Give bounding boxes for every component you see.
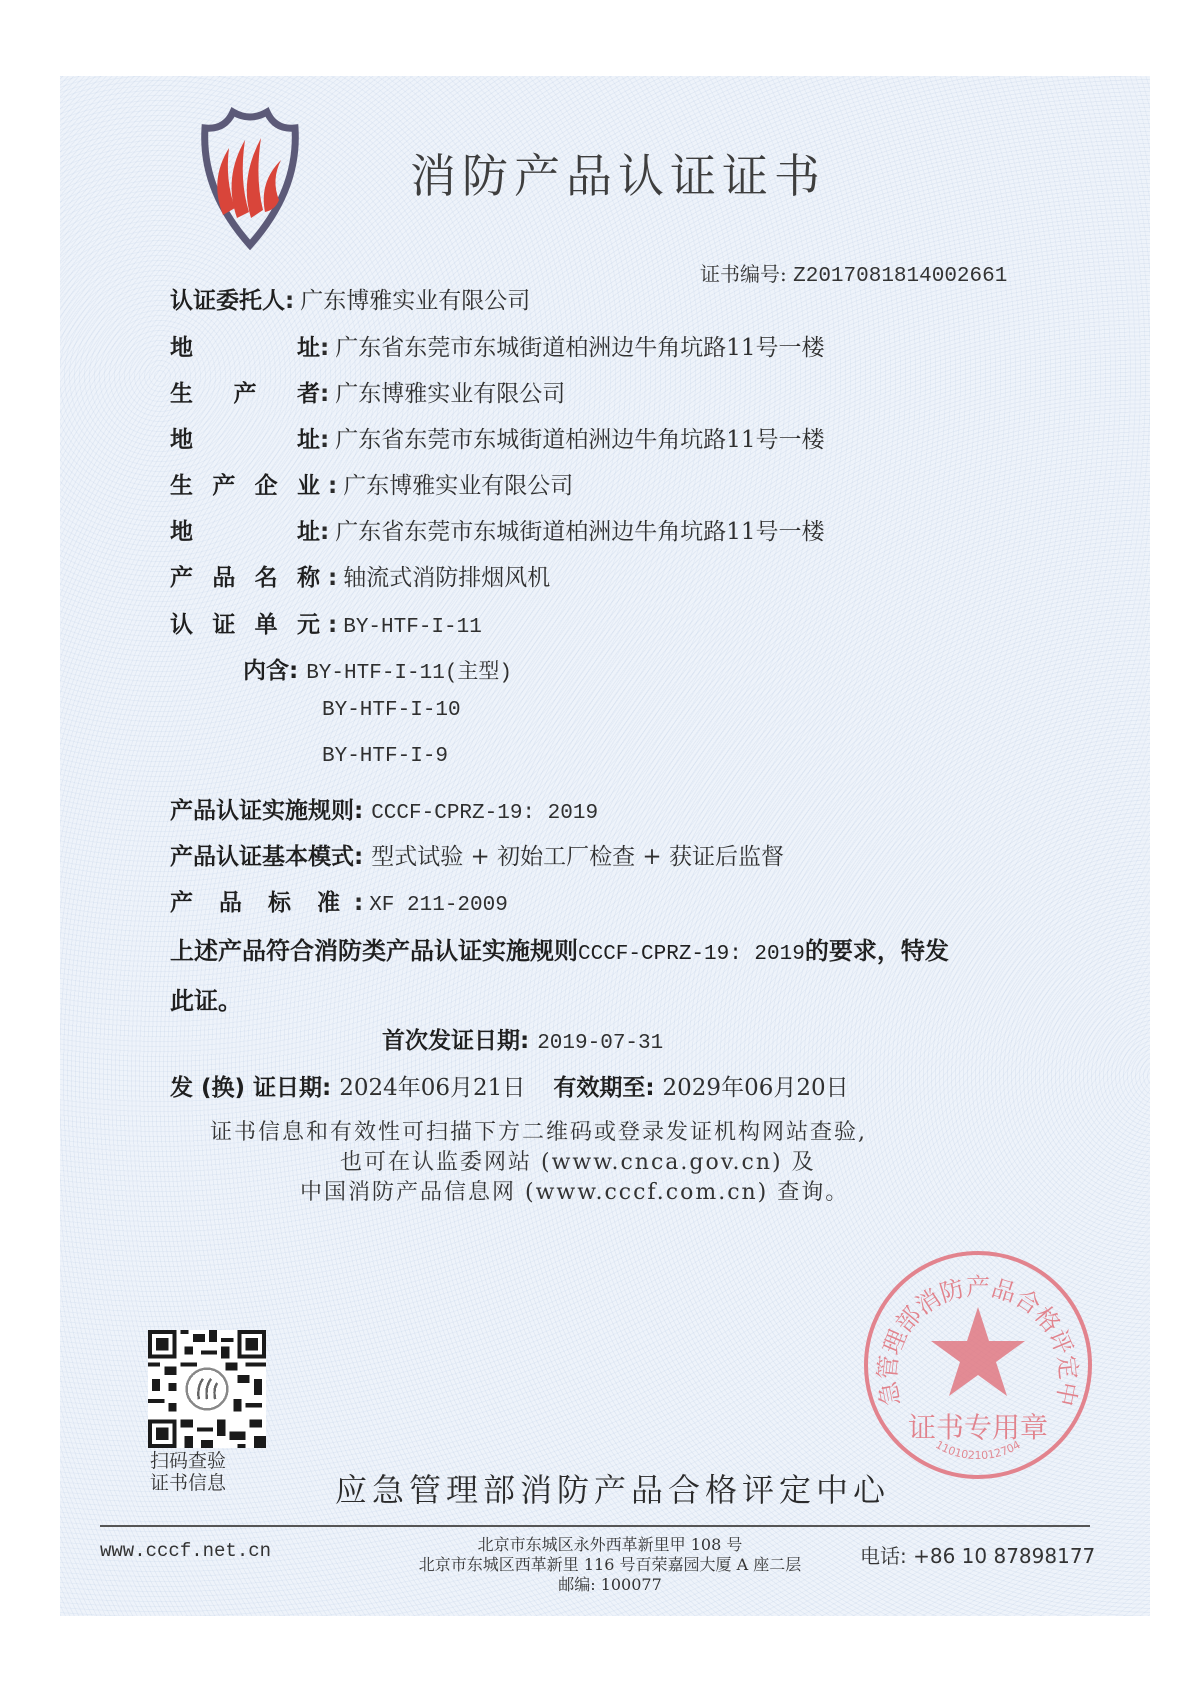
field-label: 地址 [170, 329, 320, 362]
field-factory: 生产企业 : 广东博雅实业有限公司 [170, 467, 573, 500]
footer-address: 北京市东城区永外西革新里甲 108 号 北京市东城区西革新里 116 号百荣嘉园… [360, 1535, 860, 1595]
field-rules: 产品认证实施规则: CCCF-CPRZ-19: 2019 [170, 792, 598, 825]
field-label: 产品名称 [170, 559, 320, 592]
valid-value: 2029年06月20日 [663, 1069, 849, 1102]
field-manufacturer: 生产者: 广东博雅实业有限公司 [170, 375, 565, 408]
field-manufacturer-address: 地址: 广东省东莞市东城街道柏洲边牛角坑路11号一楼 [170, 421, 824, 454]
rules-value: CCCF-CPRZ-19: 2019 [371, 802, 598, 825]
colon: : [320, 427, 329, 453]
model-item: BY-HTF-I-10 [322, 699, 461, 722]
statement-text: 的要求，特发 [805, 937, 949, 965]
issue-value: 2024年06月21日 [339, 1069, 525, 1102]
rules-label: 产品认证实施规则: [170, 792, 363, 825]
field-label: 生产者 [170, 375, 320, 408]
field-value: 广东博雅实业有限公司 [335, 375, 565, 408]
qr-caption: 扫码查验 证书信息 [150, 1450, 226, 1494]
seal-ring-text: 应急管理部消防产品合格评定中心 [858, 1245, 1083, 1408]
compliance-statement: 上述产品符合消防类产品认证实施规则CCCF-CPRZ-19: 2019的要求，特… [170, 928, 1020, 1024]
verification-line-3: 中国消防产品信息网 (www.cccf.com.cn) 查询。 [300, 1175, 849, 1206]
field-applicant: 认证委托人: 广东博雅实业有限公司 [170, 282, 530, 315]
issue-dates: 发 (换) 证日期: 2024年06月21日 有效期至: 2029年06月20日 [170, 1069, 849, 1102]
field-factory-address: 地址: 广东省东莞市东城街道柏洲边牛角坑路11号一楼 [170, 513, 824, 546]
footer-divider [100, 1525, 1090, 1527]
colon: : [320, 473, 337, 499]
field-value: 轴流式消防排烟风机 [343, 559, 550, 592]
field-value: 广东省东莞市东城街道柏洲边牛角坑路11号一楼 [335, 421, 824, 454]
certificate-number: 证书编号: Z2017081814002661 [700, 258, 1007, 288]
model-row: BY-HTF-I-10 [322, 699, 461, 722]
colon: : [320, 612, 337, 638]
field-value: 广东省东莞市东城街道柏洲边牛角坑路11号一楼 [335, 329, 824, 362]
field-label: 产品标准 [170, 884, 340, 917]
field-value: 广东省东莞市东城街道柏洲边牛角坑路11号一楼 [335, 513, 824, 546]
colon: : [320, 335, 329, 361]
statement-text: 此证。 [170, 987, 242, 1015]
field-cert-unit: 认证单元 : BY-HTF-I-11 [170, 606, 482, 639]
field-standard: 产品标准: XF 211-2009 [170, 884, 508, 917]
colon: : [320, 519, 329, 545]
footer-phone: 电话: +86 10 87898177 [860, 1540, 1095, 1569]
footer-website[interactable]: www.cccf.net.cn [100, 1540, 271, 1562]
field-label: 生产企业 [170, 467, 320, 500]
colon: : [320, 565, 337, 591]
certificate-number-label: 证书编号: [700, 262, 787, 286]
first-issue-date: 首次发证日期: 2019-07-31 [382, 1022, 663, 1055]
standard-value: XF 211-2009 [369, 894, 508, 917]
verification-line-2: 也可在认监委网站 (www.cnca.gov.cn) 及 [340, 1145, 816, 1176]
issuer-name: 应急管理部消防产品合格评定中心 [335, 1465, 890, 1511]
colon: : [285, 288, 294, 314]
field-value: 广东博雅实业有限公司 [300, 282, 530, 315]
first-issue-value: 2019-07-31 [537, 1032, 663, 1055]
field-label: 地址 [170, 513, 320, 546]
field-mode: 产品认证基本模式: 型式试验 + 初始工厂检查 + 获证后监督 [170, 838, 784, 871]
first-issue-label: 首次发证日期: [382, 1022, 529, 1055]
footer-address-line: 北京市东城区永外西革新里甲 108 号 [360, 1535, 860, 1555]
mode-value: 型式试验 + 初始工厂检查 + 获证后监督 [371, 838, 784, 871]
qr-caption-line: 证书信息 [150, 1472, 226, 1494]
star-icon [931, 1307, 1025, 1396]
statement-code: CCCF-CPRZ-19: 2019 [578, 943, 805, 966]
model-item: BY-HTF-I-11(主型) [306, 655, 512, 685]
verification-line-1: 证书信息和有效性可扫描下方二维码或登录发证机构网站查验, [210, 1115, 867, 1146]
issue-label: 发 (换) 证日期: [170, 1069, 331, 1102]
statement-text: 上述产品符合消防类产品认证实施规则 [170, 937, 578, 965]
field-value: BY-HTF-I-11 [343, 616, 482, 639]
footer-address-line: 北京市东城区西革新里 116 号百荣嘉园大厦 A 座二层 [360, 1555, 860, 1575]
qr-caption-line: 扫码查验 [150, 1450, 226, 1472]
official-seal: 应急管理部消防产品合格评定中心 证书专用章 1101021012704 [858, 1245, 1098, 1485]
field-label: 认证单元 [170, 606, 320, 639]
model-row: BY-HTF-I-9 [322, 745, 448, 768]
svg-text:应急管理部消防产品合格评定中心: 应急管理部消防产品合格评定中心 [858, 1245, 1083, 1408]
fire-shield-logo-icon [195, 100, 305, 250]
seal-center-text: 证书专用章 [908, 1411, 1048, 1444]
qr-code[interactable] [148, 1330, 266, 1448]
certificate-title: 消防产品认证证书 [410, 140, 826, 206]
colon: : [354, 890, 363, 916]
field-label: 地址 [170, 421, 320, 454]
footer-postcode: 邮编: 100077 [360, 1575, 860, 1595]
mode-label: 产品认证基本模式: [170, 838, 363, 871]
field-product-name: 产品名称 : 轴流式消防排烟风机 [170, 559, 550, 592]
field-label: 认证委托人 [170, 282, 285, 315]
model-list: 内含: BY-HTF-I-11(主型) [243, 652, 512, 685]
valid-label: 有效期至: [553, 1069, 654, 1102]
models-label: 内含: [243, 652, 298, 685]
colon: : [320, 381, 329, 407]
certificate-number-value: Z2017081814002661 [793, 265, 1007, 288]
field-value: 广东博雅实业有限公司 [343, 467, 573, 500]
field-applicant-address: 地址: 广东省东莞市东城街道柏洲边牛角坑路11号一楼 [170, 329, 824, 362]
model-item: BY-HTF-I-9 [322, 745, 448, 768]
